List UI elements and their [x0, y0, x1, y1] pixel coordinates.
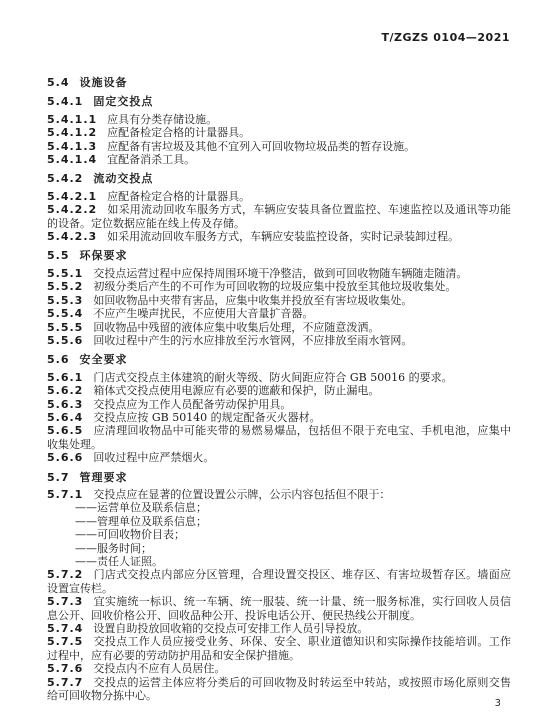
- clause-paragraph: 5.6.1门店式交投点主体建筑的耐火等级、防火间距应符合 GB 50016 的要…: [47, 371, 511, 384]
- section-heading: 5.5环保要求: [47, 249, 511, 262]
- clause-paragraph: 5.6.5应清理回收物品中可能夹带的易燃易爆品，包括但不限于充电宝、手机电池，应…: [47, 424, 511, 451]
- clause-paragraph: 5.7.3宜实施统一标识、统一车辆、统一服装、统一计量、统一服务标准，实行回收人…: [47, 595, 511, 622]
- clause-paragraph: 5.4.1.1应具有分类存储设施。: [47, 113, 511, 126]
- clause-text: 箱体式交投点使用电源应有必要的遮蔽和保护，防止漏电。: [93, 384, 379, 397]
- clause-text: 宜配备消杀工具。: [107, 153, 195, 166]
- clause-text: 应配备有害垃圾及其他不宜列入可回收物垃圾品类的暂存设施。: [107, 140, 415, 153]
- clause-number: 5.7.3: [47, 595, 83, 608]
- document-header: T/ZGZS 0104—2021: [382, 31, 510, 44]
- dash-item-text: ——可回收物价目表；: [75, 528, 185, 541]
- dash-item-text: ——管理单位及联系信息；: [75, 515, 207, 528]
- clause-number: 5.5.5: [47, 321, 83, 334]
- heading-number: 5.7: [47, 471, 70, 484]
- clause-text: 如回收物品中夹带有害品，应集中收集并投放至有害垃圾收集处。: [93, 294, 412, 307]
- heading-title: 环保要求: [80, 249, 128, 262]
- clause-paragraph: 5.5.3如回收物品中夹带有害品，应集中收集并投放至有害垃圾收集处。: [47, 294, 511, 307]
- clause-paragraph: 5.4.1.3应配备有害垃圾及其他不宜列入可回收物垃圾品类的暂存设施。: [47, 140, 511, 153]
- clause-text: 回收物品中残留的液体应集中收集后处理，不应随意泼洒。: [93, 321, 379, 334]
- clause-paragraph: 5.7.2门店式交投点内部应分区管理，合理设置交投区、堆存区、有害垃圾暂存区。墙…: [47, 568, 511, 595]
- dash-list-item: ——运营单位及联系信息；: [47, 501, 511, 514]
- clause-text: 应具有分类存储设施。: [107, 113, 217, 126]
- dash-item-text: ——责任人证照。: [75, 555, 163, 568]
- clause-text: 交投点的运营主体应将分类后的可回收物及时转运至中转站，或按照市场化原则交售给可回…: [47, 676, 511, 702]
- clause-text: 应配备检定合格的计量器具。: [107, 126, 250, 139]
- clause-text: 交投点内不应有人员居住。: [93, 662, 225, 675]
- heading-number: 5.5: [47, 249, 70, 262]
- clause-number: 5.5.6: [47, 334, 83, 347]
- clause-text: 回收过程中应严禁烟火。: [93, 451, 214, 464]
- clause-paragraph: 5.4.2.1应配备检定合格的计量器具。: [47, 190, 511, 203]
- clause-number: 5.7.5: [47, 635, 83, 648]
- clause-number: 5.6.3: [47, 398, 83, 411]
- clause-number: 5.5.4: [47, 307, 83, 320]
- heading-title: 管理要求: [80, 471, 128, 484]
- page-number: 3: [495, 698, 501, 709]
- clause-paragraph: 5.7.7交投点的运营主体应将分类后的可回收物及时转运至中转站，或按照市场化原则…: [47, 676, 511, 703]
- clause-paragraph: 5.6.2箱体式交投点使用电源应有必要的遮蔽和保护，防止漏电。: [47, 384, 511, 397]
- clause-paragraph: 5.7.1交投点应在显著的位置设置公示牌，公示内容包括但不限于：: [47, 488, 511, 501]
- clause-paragraph: 5.5.6回收过程中产生的污水应排放至污水管网，不应排放至雨水管网。: [47, 334, 511, 347]
- clause-text: 如采用流动回收车服务方式，车辆应安装监控设备，实时记录装卸过程。: [107, 230, 459, 243]
- clause-text: 回收过程中产生的污水应排放至污水管网，不应排放至雨水管网。: [93, 334, 412, 347]
- clause-number: 5.7.7: [47, 676, 83, 689]
- dash-list-item: ——服务时间；: [47, 542, 511, 555]
- document-body: 5.4设施设备5.4.1固定交投点5.4.1.1应具有分类存储设施。5.4.1.…: [47, 70, 511, 702]
- clause-number: 5.4.1.2: [47, 126, 97, 139]
- heading-title: 安全要求: [80, 353, 128, 366]
- clause-number: 5.5.1: [47, 267, 83, 280]
- clause-paragraph: 5.4.1.4宜配备消杀工具。: [47, 153, 511, 166]
- clause-text: 门店式交投点内部应分区管理，合理设置交投区、堆存区、有害垃圾暂存区。墙面应设置宣…: [47, 568, 511, 594]
- clause-paragraph: 5.6.3交投点应为工作人员配备劳动保护用具。: [47, 398, 511, 411]
- clause-number: 5.7.2: [47, 568, 83, 581]
- heading-title: 固定交投点: [93, 95, 153, 108]
- clause-number: 5.6.6: [47, 451, 83, 464]
- heading-number: 5.4.1: [47, 95, 83, 108]
- heading-number: 5.6: [47, 353, 70, 366]
- clause-paragraph: 5.5.5回收物品中残留的液体应集中收集后处理，不应随意泼洒。: [47, 321, 511, 334]
- heading-title: 流动交投点: [93, 172, 153, 185]
- clause-number: 5.4.1.1: [47, 113, 97, 126]
- clause-number: 5.6.5: [47, 424, 83, 437]
- clause-number: 5.7.6: [47, 662, 83, 675]
- section-heading: 5.6安全要求: [47, 353, 511, 366]
- clause-paragraph: 5.4.2.3如采用流动回收车服务方式，车辆应安装监控设备，实时记录装卸过程。: [47, 230, 511, 243]
- clause-number: 5.4.1.3: [47, 140, 97, 153]
- clause-number: 5.4.1.4: [47, 153, 97, 166]
- clause-text: 交投点应为工作人员配备劳动保护用具。: [93, 398, 291, 411]
- clause-paragraph: 5.4.2.2如采用流动回收车服务方式，车辆应安装具备位置监控、车速监控以及通讯…: [47, 203, 511, 230]
- document-footer: 3: [495, 698, 501, 709]
- clause-number: 5.5.2: [47, 280, 83, 293]
- clause-number: 5.5.3: [47, 294, 83, 307]
- clause-text: 门店式交投点主体建筑的耐火等级、防火间距应符合 GB 50016 的要求。: [93, 371, 452, 384]
- clause-paragraph: 5.7.5交投点工作人员应接受业务、环保、安全、职业道德知识和实际操作技能培训。…: [47, 635, 511, 662]
- clause-text: 交投点应按 GB 50140 的规定配备灭火器材。: [93, 411, 320, 424]
- clause-paragraph: 5.4.1.2应配备检定合格的计量器具。: [47, 126, 511, 139]
- clause-number: 5.4.2.1: [47, 190, 97, 203]
- clause-paragraph: 5.5.1交投点运营过程中应保持周围环境干净整洁，做到可回收物随车辆随走随清。: [47, 267, 511, 280]
- clause-text: 设置自助投放回收箱的交投点可安排工作人员引导投放。: [93, 622, 368, 635]
- clause-text: 应清理回收物品中可能夹带的易燃易爆品，包括但不限于充电宝、手机电池，应集中收集处…: [47, 424, 511, 450]
- clause-number: 5.4.2.2: [47, 203, 97, 216]
- clause-paragraph: 5.5.4不应产生噪声扰民，不应使用大音量扩音器。: [47, 307, 511, 320]
- clause-text: 交投点工作人员应接受业务、环保、安全、职业道德知识和实际操作技能培训。工作过程中…: [47, 635, 511, 661]
- heading-number: 5.4.2: [47, 172, 83, 185]
- clause-text: 宜实施统一标识、统一车辆、统一服装、统一计量、统一服务标准，实行回收人员信息公开…: [47, 595, 511, 621]
- clause-paragraph: 5.6.6回收过程中应严禁烟火。: [47, 451, 511, 464]
- clause-text: 初级分类后产生的不可作为可回收物的垃圾应集中投放至其他垃圾收集处。: [93, 280, 456, 293]
- dash-list-item: ——管理单位及联系信息；: [47, 515, 511, 528]
- doc-number: T/ZGZS 0104—2021: [382, 31, 510, 44]
- dash-item-text: ——服务时间；: [75, 542, 152, 555]
- clause-text: 应配备检定合格的计量器具。: [107, 190, 250, 203]
- dash-item-text: ——运营单位及联系信息；: [75, 501, 207, 514]
- section-heading: 5.4设施设备: [47, 76, 511, 89]
- heading-title: 设施设备: [80, 76, 128, 89]
- clause-text: 不应产生噪声扰民，不应使用大音量扩音器。: [93, 307, 313, 320]
- clause-number: 5.6.1: [47, 371, 83, 384]
- dash-list-item: ——可回收物价目表；: [47, 528, 511, 541]
- section-heading: 5.4.2流动交投点: [47, 172, 511, 185]
- section-heading: 5.4.1固定交投点: [47, 95, 511, 108]
- heading-number: 5.4: [47, 76, 70, 89]
- clause-text: 如采用流动回收车服务方式，车辆应安装具备位置监控、车速监控以及通讯等功能的设备。…: [47, 203, 511, 229]
- clause-text: 交投点应在显著的位置设置公示牌，公示内容包括但不限于：: [93, 488, 390, 501]
- section-heading: 5.7管理要求: [47, 471, 511, 484]
- clause-number: 5.6.2: [47, 384, 83, 397]
- clause-number: 5.4.2.3: [47, 230, 97, 243]
- clause-paragraph: 5.7.4设置自助投放回收箱的交投点可安排工作人员引导投放。: [47, 622, 511, 635]
- clause-paragraph: 5.6.4交投点应按 GB 50140 的规定配备灭火器材。: [47, 411, 511, 424]
- clause-number: 5.7.1: [47, 488, 83, 501]
- clause-paragraph: 5.5.2初级分类后产生的不可作为可回收物的垃圾应集中投放至其他垃圾收集处。: [47, 280, 511, 293]
- dash-list-item: ——责任人证照。: [47, 555, 511, 568]
- document-page: T/ZGZS 0104—2021 5.4设施设备5.4.1固定交投点5.4.1.…: [0, 0, 558, 722]
- clause-number: 5.6.4: [47, 411, 83, 424]
- clause-text: 交投点运营过程中应保持周围环境干净整洁，做到可回收物随车辆随走随清。: [93, 267, 467, 280]
- clause-paragraph: 5.7.6交投点内不应有人员居住。: [47, 662, 511, 675]
- clause-number: 5.7.4: [47, 622, 83, 635]
